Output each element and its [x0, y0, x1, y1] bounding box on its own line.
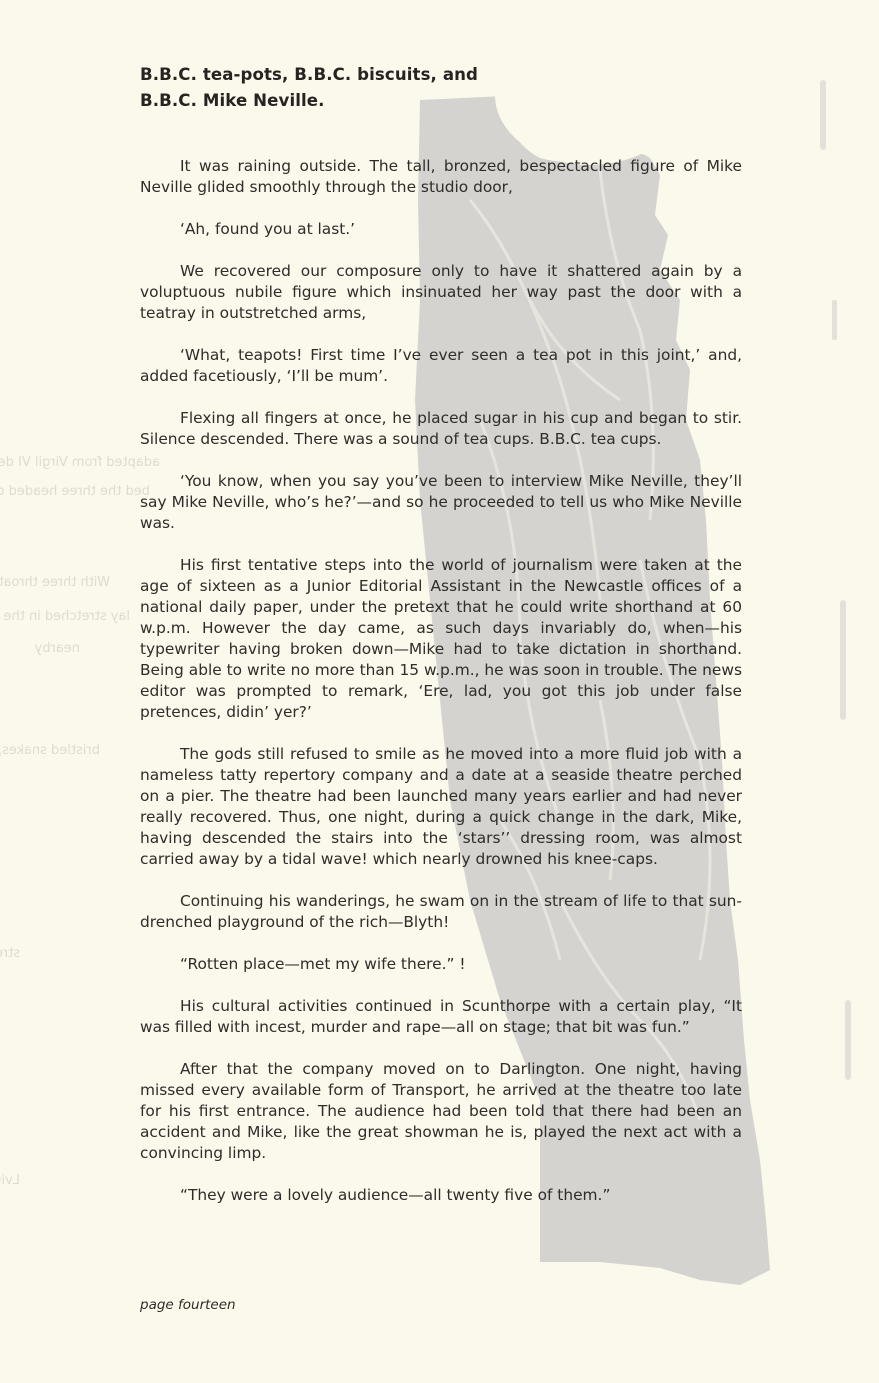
- paragraph-4: ‘What, teapots! First time I’ve ever see…: [140, 345, 742, 387]
- paragraph-8: The gods still refused to smile as he mo…: [140, 744, 742, 870]
- paragraph-6: ‘You know, when you say you’ve been to i…: [140, 471, 742, 534]
- paragraph-12: After that the company moved on to Darli…: [140, 1059, 742, 1164]
- paragraph-7: His first tentative steps into the world…: [140, 555, 742, 723]
- paragraph-2: ‘Ah, found you at last.’: [140, 219, 742, 240]
- svg-text:nearby: nearby: [34, 641, 80, 656]
- svg-text:adapted from Virgil VI descri-: adapted from Virgil VI descri-: [0, 455, 160, 470]
- paragraph-3: We recovered our composure only to have …: [140, 261, 742, 324]
- paragraph-11: His cultural activities continued in Scu…: [140, 996, 742, 1038]
- svg-text:Lvi6: Lvi6: [0, 1173, 20, 1188]
- paragraph-13: “They were a lovely audience—all twenty …: [140, 1185, 742, 1206]
- paragraph-5: Flexing all fingers at once, he placed s…: [140, 408, 742, 450]
- page-number-footer: page fourteen: [140, 1297, 236, 1313]
- svg-text:With three throats: With three throats: [0, 575, 110, 590]
- paragraph-1: It was raining outside. The tall, bronze…: [140, 156, 742, 198]
- article: B.B.C. tea-pots, B.B.C. biscuits, and B.…: [140, 62, 742, 1206]
- svg-text:bristled snakes,: bristled snakes,: [0, 743, 100, 758]
- paragraph-9: Continuing his wanderings, he swam on in…: [140, 891, 742, 933]
- paragraph-10: “Rotten place—met my wife there.” !: [140, 954, 742, 975]
- svg-text:bed the three headed dog, Cerb: bed the three headed dog, Cerberus.: [0, 484, 150, 499]
- svg-text:stretches out: stretches out: [0, 946, 20, 961]
- article-title-line-2: B.B.C. Mike Neville.: [140, 88, 742, 114]
- article-title-line-1: B.B.C. tea-pots, B.B.C. biscuits, and: [140, 62, 742, 88]
- svg-text:lay stretched in the cave: lay stretched in the cave: [0, 609, 130, 624]
